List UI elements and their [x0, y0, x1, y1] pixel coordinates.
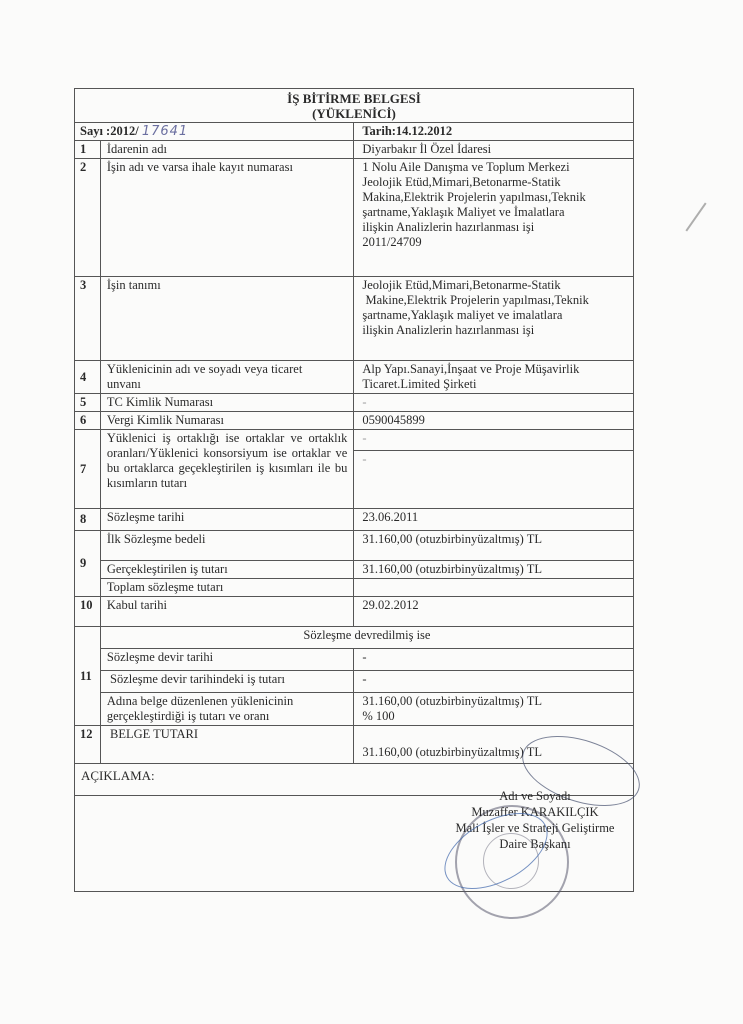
row-number: 4 — [75, 361, 101, 394]
row-number: 2 — [75, 159, 101, 277]
value-line: şartname,Yaklaşık maliyet ve imalatlara — [362, 308, 627, 323]
label-line: Adına belge düzenlenen yüklenicinin — [107, 694, 347, 709]
value-line: ilişkin Analizlerin hazırlanması işi — [362, 323, 627, 338]
sayi-tarih-row: Sayı :2012/ 17641 Tarih:14.12.2012 — [75, 123, 634, 141]
label-line: gerçekleştirdiği iş tutarı ve oranı — [107, 709, 347, 724]
row-label: İlk Sözleşme bedeli — [100, 531, 353, 561]
sayi-cell: Sayı :2012/ 17641 — [75, 123, 354, 141]
row-value: Alp Yapı.Sanayi,İnşaat ve Proje Müşavirl… — [354, 361, 634, 394]
table-row: Adına belge düzenlenen yüklenicinin gerç… — [75, 693, 634, 726]
table-row: 10 Kabul tarihi 29.02.2012 — [75, 597, 634, 627]
document-title-cell: İŞ BİTİRME BELGESİ (YÜKLENİCİ) — [75, 89, 634, 123]
row-label: TC Kimlik Numarası — [100, 394, 353, 412]
row-value-a: - — [354, 430, 634, 451]
row-value: Diyarbakır İl Özel İdaresi — [354, 141, 634, 159]
row-number: 1 — [75, 141, 101, 159]
row-label: Gerçekleştirilen iş tutarı — [100, 561, 353, 579]
row-value: 0590045899 — [354, 412, 634, 430]
table-row: 5 TC Kimlik Numarası - — [75, 394, 634, 412]
row-number: 3 — [75, 277, 101, 361]
title-row: İŞ BİTİRME BELGESİ (YÜKLENİCİ) — [75, 89, 634, 123]
row-value: - — [354, 671, 634, 693]
row-value: - — [354, 649, 634, 671]
row-number: 5 — [75, 394, 101, 412]
value-line: Ticaret.Limited Şirketi — [362, 377, 627, 392]
row-number: 11 — [75, 627, 101, 726]
value-line: 2011/24709 — [362, 235, 627, 250]
sayi-handwritten-number: 17641 — [142, 124, 188, 139]
row-value: 23.06.2011 — [354, 509, 634, 531]
row-value: - — [354, 394, 634, 412]
document-subtitle: (YÜKLENİCİ) — [75, 106, 633, 121]
value-line: şartname,Yaklaşık Maliyet ve İmalatlara — [362, 205, 627, 220]
value-line: Makine,Elektrik Projelerin yapılması,Tek… — [362, 293, 627, 308]
table-row: 11 Sözleşme devredilmiş ise — [75, 627, 634, 649]
row-value-b: - — [354, 451, 634, 509]
label-line: Yüklenicinin adı ve soyadı veya ticaret — [107, 362, 347, 377]
row-value: 29.02.2012 — [354, 597, 634, 627]
row-label: Toplam sözleşme tutarı — [100, 579, 353, 597]
label-line: unvanı — [107, 377, 347, 392]
row-number: 12 — [75, 726, 101, 764]
row-label: Sözleşme devir tarihindeki iş tutarı — [100, 671, 353, 693]
row-number: 10 — [75, 597, 101, 627]
row-value — [354, 579, 634, 597]
table-row: 3 İşin tanımı Jeolojik Etüd,Mimari,Beton… — [75, 277, 634, 361]
table-row: Gerçekleştirilen iş tutarı 31.160,00 (ot… — [75, 561, 634, 579]
value-line: ilişkin Analizlerin hazırlanması işi — [362, 220, 627, 235]
table-row: 6 Vergi Kimlik Numarası 0590045899 — [75, 412, 634, 430]
row-label: İşin adı ve varsa ihale kayıt numarası — [100, 159, 353, 277]
row-label: Sözleşme tarihi — [100, 509, 353, 531]
table-row: 1 İdarenin adı Diyarbakır İl Özel İdares… — [75, 141, 634, 159]
document-title: İŞ BİTİRME BELGESİ — [75, 91, 633, 106]
row-label: Kabul tarihi — [100, 597, 353, 627]
table-row: Toplam sözleşme tutarı — [75, 579, 634, 597]
signature-name-label: Adı ve Soyadı — [420, 788, 650, 804]
table-row: 9 İlk Sözleşme bedeli 31.160,00 (otuzbir… — [75, 531, 634, 561]
table-row: Sözleşme devir tarihi - — [75, 649, 634, 671]
row-value: 31.160,00 (otuzbirbinyüzaltmış) TL % 100 — [354, 693, 634, 726]
row-value: 31.160,00 (otuzbirbinyüzaltmış) TL — [354, 561, 634, 579]
table-row: 7 Yüklenici iş ortaklığı ise ortaklar ve… — [75, 430, 634, 451]
row-number: 6 — [75, 412, 101, 430]
row-label: Adına belge düzenlenen yüklenicinin gerç… — [100, 693, 353, 726]
row-number: 8 — [75, 509, 101, 531]
value-line: Jeolojik Etüd,Mimari,Betonarme-Statik — [362, 278, 627, 293]
value-line: Alp Yapı.Sanayi,İnşaat ve Proje Müşavirl… — [362, 362, 627, 377]
row-label: İşin tanımı — [100, 277, 353, 361]
table-row: 2 İşin adı ve varsa ihale kayıt numarası… — [75, 159, 634, 277]
row-number: 7 — [75, 430, 101, 509]
table-row: Sözleşme devir tarihindeki iş tutarı - — [75, 671, 634, 693]
row-number: 9 — [75, 531, 101, 597]
row-value: 31.160,00 (otuzbirbinyüzaltmış) TL — [354, 531, 634, 561]
margin-pen-mark — [685, 203, 706, 232]
table-row: 4 Yüklenicinin adı ve soyadı veya ticare… — [75, 361, 634, 394]
value-line: Jeolojik Etüd,Mimari,Betonarme-Statik — [362, 175, 627, 190]
value-line: 1 Nolu Aile Danışma ve Toplum Merkezi — [362, 160, 627, 175]
row-label: Yüklenicinin adı ve soyadı veya ticaret … — [100, 361, 353, 394]
value-line: % 100 — [362, 709, 627, 724]
row-label: İdarenin adı — [100, 141, 353, 159]
tarih-cell: Tarih:14.12.2012 — [354, 123, 634, 141]
row-label: BELGE TUTARI — [100, 726, 353, 764]
row-value: Jeolojik Etüd,Mimari,Betonarme-Statik Ma… — [354, 277, 634, 361]
sayi-label: Sayı :2012/ — [80, 124, 139, 138]
row-label: Yüklenici iş ortaklığı ise ortaklar ve o… — [100, 430, 353, 509]
value-line: Makina,Elektrik Projelerin yapılması,Tek… — [362, 190, 627, 205]
row-value: 1 Nolu Aile Danışma ve Toplum Merkezi Je… — [354, 159, 634, 277]
table-row: 8 Sözleşme tarihi 23.06.2011 — [75, 509, 634, 531]
section-heading: Sözleşme devredilmiş ise — [100, 627, 633, 649]
row-label: Vergi Kimlik Numarası — [100, 412, 353, 430]
row-label: Sözleşme devir tarihi — [100, 649, 353, 671]
value-line: 31.160,00 (otuzbirbinyüzaltmış) TL — [362, 694, 627, 709]
